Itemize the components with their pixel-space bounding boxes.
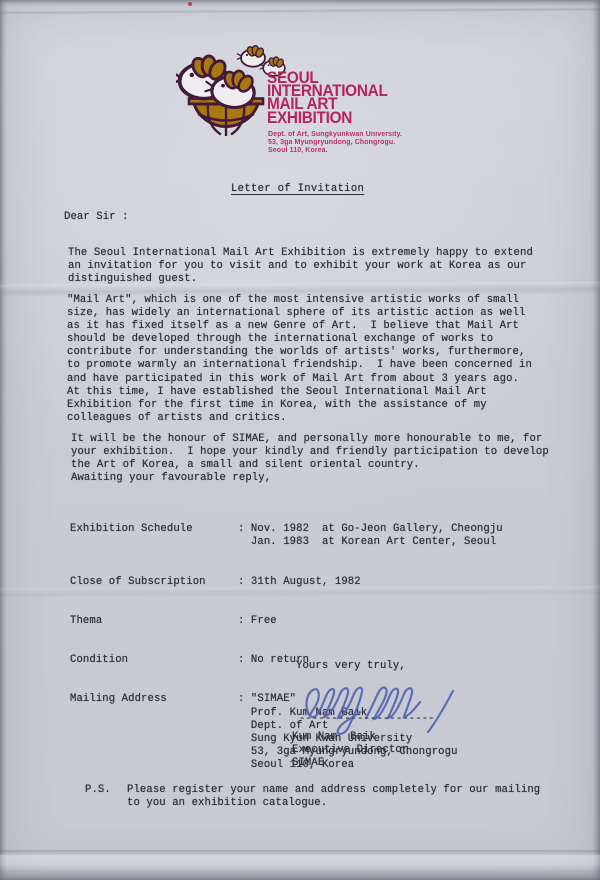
signer-block: Kum Nam Baik Executive Director SIMAE	[292, 731, 408, 770]
photo-stage: SEOUL INTERNATIONAL MAIL ART EXHIBITION …	[0, 0, 600, 880]
schedule-label: Mailing Address	[70, 693, 238, 772]
schedule-label: Condition	[70, 654, 238, 667]
schedule-block: Exhibition Schedule : Nov. 1982 at Go-Je…	[70, 497, 503, 798]
schedule-row-condition: Condition : No return	[70, 654, 503, 667]
ps-label: P.S.	[85, 784, 111, 797]
salutation: Dear Sir :	[64, 211, 129, 224]
schedule-row-subscription: Close of Subscription : 31th August, 198…	[70, 576, 503, 589]
logo-address: Dept. of Art, Sungkyunkwan University. 5…	[268, 131, 402, 155]
schedule-value: : Nov. 1982 at Go-Jeon Gallery, Cheongju…	[238, 523, 503, 549]
signature-line: ---------------------	[299, 713, 435, 726]
schedule-label: Exhibition Schedule	[70, 523, 238, 549]
schedule-label: Close of Subscription	[70, 576, 238, 589]
schedule-label: Thema	[70, 615, 238, 628]
signature-icon	[296, 672, 481, 740]
schedule-value: : 31th August, 1982	[238, 576, 361, 589]
red-speck	[188, 2, 192, 6]
paragraph-2: "Mail Art", which is one of the most int…	[67, 294, 532, 425]
paragraph-3: It will be the honour of SIMAE, and pers…	[71, 433, 549, 485]
logo-title: SEOUL INTERNATIONAL MAIL ART EXHIBITION	[267, 72, 388, 125]
paragraph-1: The Seoul International Mail Art Exhibit…	[68, 247, 533, 286]
schedule-row-exhibition: Exhibition Schedule : Nov. 1982 at Go-Je…	[70, 523, 503, 549]
ps-text: Please register your name and address co…	[127, 784, 540, 810]
letter-heading: Letter of Invitation	[231, 183, 364, 196]
schedule-row-thema: Thema : Free	[70, 615, 503, 628]
schedule-value: : Free	[238, 615, 277, 628]
